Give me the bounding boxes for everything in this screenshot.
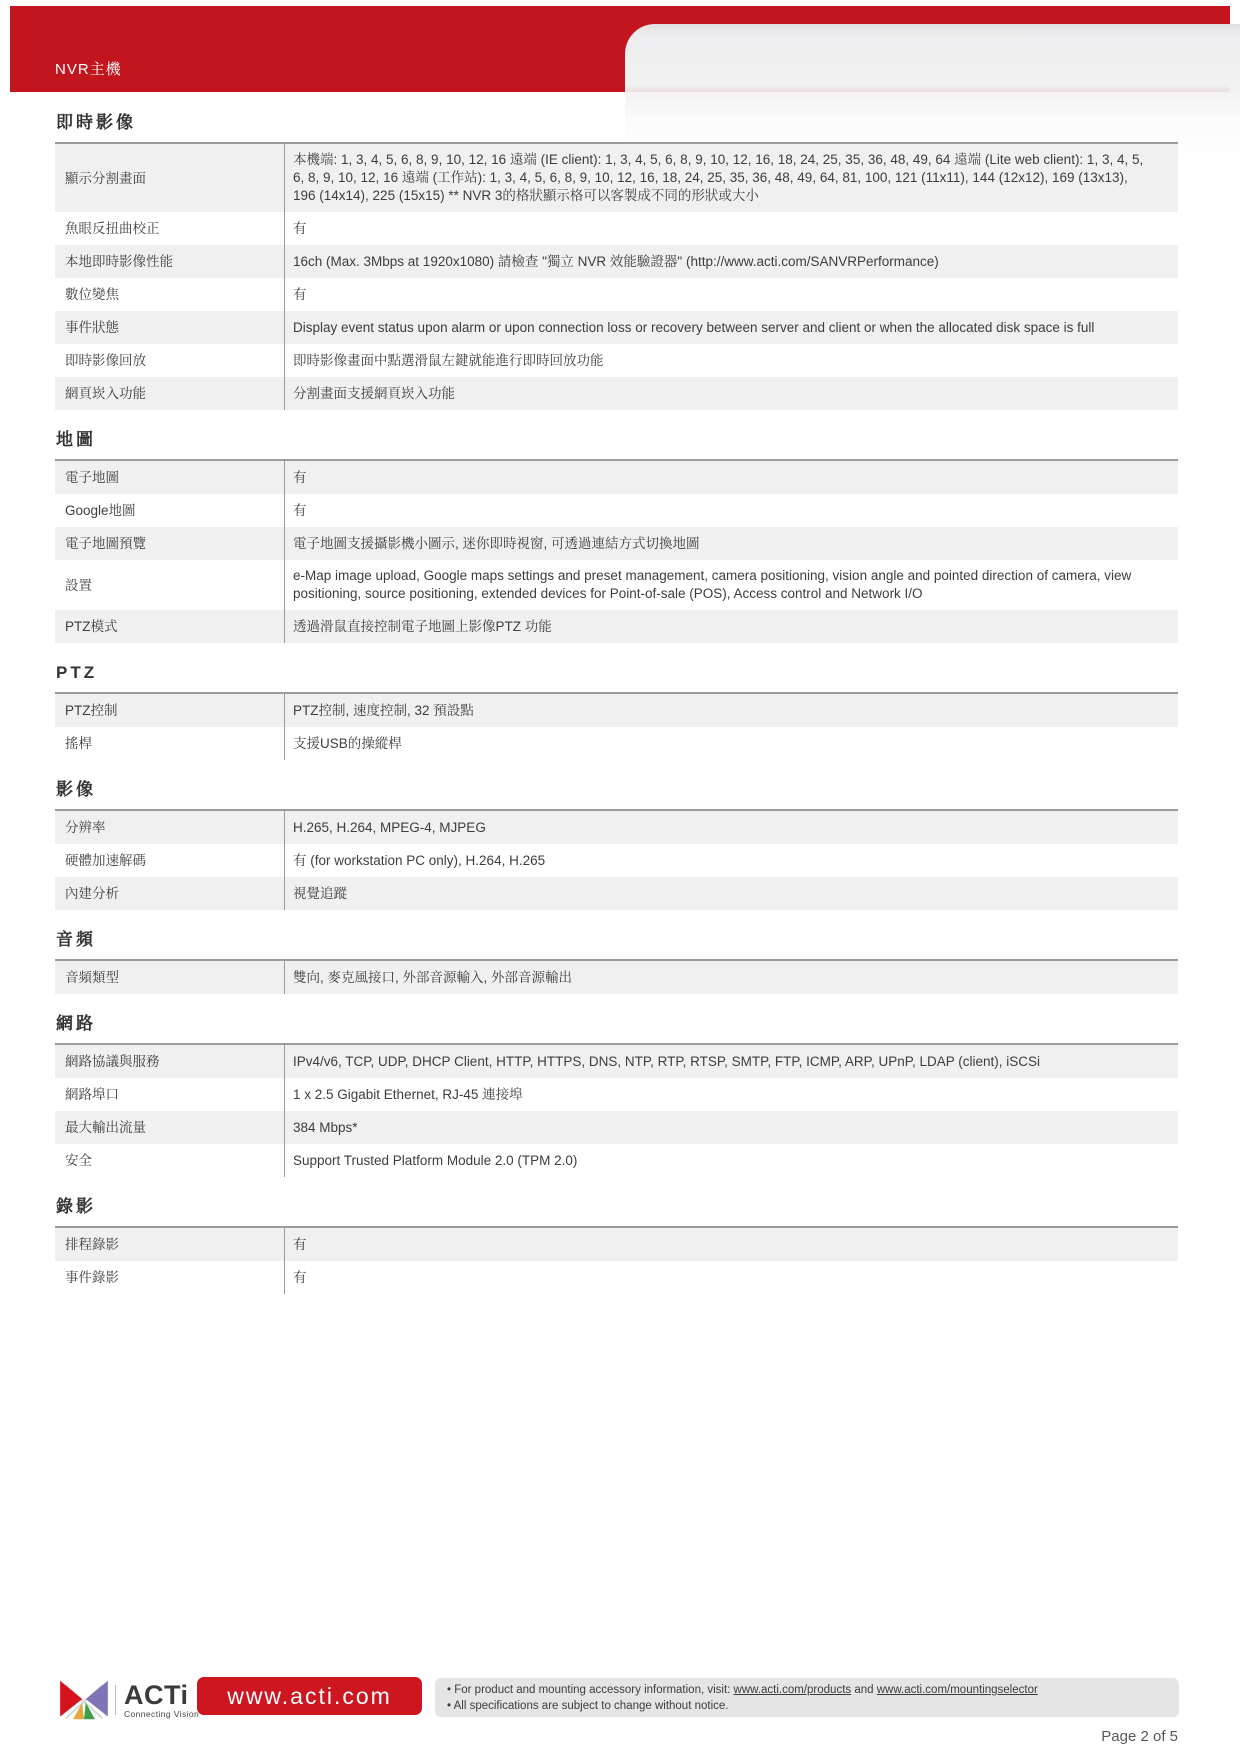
spec-value: 384 Mbps* — [284, 1111, 1178, 1144]
spec-label: PTZ模式 — [55, 610, 284, 643]
spec-value: 有 — [284, 278, 1178, 311]
spec-label: 事件狀態 — [55, 311, 284, 344]
spec-label: 事件錄影 — [55, 1261, 284, 1294]
spec-label: 最大輸出流量 — [55, 1111, 284, 1144]
footer-note-1: • For product and mounting accessory inf… — [447, 1682, 1167, 1698]
spec-label: 排程錄影 — [55, 1228, 284, 1261]
section-video: 影像 分辨率H.265, H.264, MPEG-4, MJPEG 硬體加速解碼… — [55, 779, 1178, 910]
spec-value: IPv4/v6, TCP, UDP, DHCP Client, HTTP, HT… — [284, 1045, 1178, 1078]
spec-label: 設置 — [55, 560, 284, 610]
table-row: 設置e-Map image upload, Google maps settin… — [55, 560, 1178, 610]
spec-label: 魚眼反扭曲校正 — [55, 212, 284, 245]
spec-value: 視覺追蹤 — [284, 877, 1178, 910]
table-row: 硬體加速解碼有 (for workstation PC only), H.264… — [55, 844, 1178, 877]
table-row: 事件狀態Display event status upon alarm or u… — [55, 311, 1178, 344]
spec-label: 搖桿 — [55, 727, 284, 760]
spec-label: 本地即時影像性能 — [55, 245, 284, 278]
table-row: 電子地圖有 — [55, 461, 1178, 494]
spec-table: 顯示分割畫面本機端: 1, 3, 4, 5, 6, 8, 9, 10, 12, … — [55, 142, 1178, 410]
section-live-view: 即時影像 顯示分割畫面本機端: 1, 3, 4, 5, 6, 8, 9, 10,… — [55, 112, 1178, 410]
spec-value: 雙向, 麥克風接口, 外部音源輸入, 外部音源輸出 — [284, 961, 1178, 994]
page-title: NVR主機 — [55, 58, 122, 79]
table-row: PTZ模式透過滑鼠直接控制電子地圖上影像PTZ 功能 — [55, 610, 1178, 643]
spec-label: 安全 — [55, 1144, 284, 1177]
footer-notes: • For product and mounting accessory inf… — [435, 1678, 1179, 1717]
section-recording: 錄影 排程錄影有 事件錄影有 — [55, 1196, 1178, 1294]
footer: ACTi Connecting Vision www.acti.com • Fo… — [55, 1672, 1178, 1754]
brand-block: ACTi Connecting Vision — [124, 1682, 199, 1719]
page-number: Page 2 of 5 — [1101, 1728, 1178, 1745]
spec-label: Google地圖 — [55, 494, 284, 527]
spec-value: 16ch (Max. 3Mbps at 1920x1080) 請檢查 "獨立 N… — [284, 245, 1178, 278]
spec-value: 本機端: 1, 3, 4, 5, 6, 8, 9, 10, 12, 16 遠端 … — [284, 144, 1178, 212]
spec-label: 內建分析 — [55, 877, 284, 910]
table-row: 排程錄影有 — [55, 1228, 1178, 1261]
spec-table: 排程錄影有 事件錄影有 — [55, 1226, 1178, 1294]
spec-label: 硬體加速解碼 — [55, 844, 284, 877]
table-row: 本地即時影像性能16ch (Max. 3Mbps at 1920x1080) 請… — [55, 245, 1178, 278]
mountingselector-link[interactable]: www.acti.com/mountingselector — [877, 1684, 1038, 1696]
spec-value: 1 x 2.5 Gigabit Ethernet, RJ-45 連接埠 — [284, 1078, 1178, 1111]
spec-value: H.265, H.264, MPEG-4, MJPEG — [284, 811, 1178, 844]
note-text: All specifications are subject to change… — [451, 1700, 728, 1712]
spec-value: 透過滑鼠直接控制電子地圖上影像PTZ 功能 — [284, 610, 1178, 643]
table-row: 內建分析視覺追蹤 — [55, 877, 1178, 910]
spec-value: 有 (for workstation PC only), H.264, H.26… — [284, 844, 1178, 877]
spec-value: Display event status upon alarm or upon … — [284, 311, 1178, 344]
spec-label: 音頻類型 — [55, 961, 284, 994]
spec-value: Support Trusted Platform Module 2.0 (TPM… — [284, 1144, 1178, 1177]
spec-label: 顯示分割畫面 — [55, 144, 284, 212]
table-row: 音頻類型雙向, 麥克風接口, 外部音源輸入, 外部音源輸出 — [55, 961, 1178, 994]
spec-table: PTZ控制PTZ控制, 速度控制, 32 預設點 搖桿支援USB的操縱桿 — [55, 692, 1178, 760]
brand-tagline: Connecting Vision — [124, 1709, 199, 1719]
spec-value: 有 — [284, 212, 1178, 245]
table-row: 網路協議與服務IPv4/v6, TCP, UDP, DHCP Client, H… — [55, 1045, 1178, 1078]
spec-value: 即時影像畫面中點選滑鼠左鍵就能進行即時回放功能 — [284, 344, 1178, 377]
table-row: 最大輸出流量384 Mbps* — [55, 1111, 1178, 1144]
spec-content: 即時影像 顯示分割畫面本機端: 1, 3, 4, 5, 6, 8, 9, 10,… — [55, 112, 1178, 1294]
products-link[interactable]: www.acti.com/products — [734, 1684, 852, 1696]
butterfly-logo-icon — [59, 1678, 109, 1722]
table-row: 分辨率H.265, H.264, MPEG-4, MJPEG — [55, 811, 1178, 844]
spec-table: 電子地圖有 Google地圖有 電子地圖預覽電子地圖支援攝影機小圖示, 迷你即時… — [55, 459, 1178, 643]
table-row: 顯示分割畫面本機端: 1, 3, 4, 5, 6, 8, 9, 10, 12, … — [55, 144, 1178, 212]
spec-value: 支援USB的操縱桿 — [284, 727, 1178, 760]
section-map: 地圖 電子地圖有 Google地圖有 電子地圖預覽電子地圖支援攝影機小圖示, 迷… — [55, 429, 1178, 643]
spec-table: 音頻類型雙向, 麥克風接口, 外部音源輸入, 外部音源輸出 — [55, 959, 1178, 994]
spec-value: 分割畫面支援網頁崁入功能 — [284, 377, 1178, 410]
acti-logo: ACTi Connecting Vision — [59, 1678, 199, 1722]
table-row: 事件錄影有 — [55, 1261, 1178, 1294]
section-title: 音頻 — [56, 929, 1178, 951]
note-text: and — [851, 1684, 877, 1696]
table-row: 網路埠口1 x 2.5 Gigabit Ethernet, RJ-45 連接埠 — [55, 1078, 1178, 1111]
spec-value: 電子地圖支援攝影機小圖示, 迷你即時視窗, 可透過連結方式切換地圖 — [284, 527, 1178, 560]
section-title: 影像 — [56, 779, 1178, 801]
spec-table: 分辨率H.265, H.264, MPEG-4, MJPEG 硬體加速解碼有 (… — [55, 809, 1178, 910]
table-row: 即時影像回放即時影像畫面中點選滑鼠左鍵就能進行即時回放功能 — [55, 344, 1178, 377]
note-text: For product and mounting accessory infor… — [451, 1684, 734, 1696]
spec-table: 網路協議與服務IPv4/v6, TCP, UDP, DHCP Client, H… — [55, 1043, 1178, 1177]
spec-label: 網頁崁入功能 — [55, 377, 284, 410]
spec-label: 數位變焦 — [55, 278, 284, 311]
spec-value: 有 — [284, 461, 1178, 494]
table-row: Google地圖有 — [55, 494, 1178, 527]
table-row: 數位變焦有 — [55, 278, 1178, 311]
logo-divider — [115, 1685, 116, 1715]
section-title: 地圖 — [56, 429, 1178, 451]
table-row: 魚眼反扭曲校正有 — [55, 212, 1178, 245]
spec-value: PTZ控制, 速度控制, 32 預設點 — [284, 694, 1178, 727]
section-audio: 音頻 音頻類型雙向, 麥克風接口, 外部音源輸入, 外部音源輸出 — [55, 929, 1178, 994]
spec-label: 網路埠口 — [55, 1078, 284, 1111]
brand-name: ACTi — [124, 1682, 199, 1708]
table-row: 搖桿支援USB的操縱桿 — [55, 727, 1178, 760]
spec-label: 分辨率 — [55, 811, 284, 844]
spec-label: 電子地圖 — [55, 461, 284, 494]
table-row: 網頁崁入功能分割畫面支援網頁崁入功能 — [55, 377, 1178, 410]
spec-value: e-Map image upload, Google maps settings… — [284, 560, 1178, 610]
section-title: 錄影 — [56, 1196, 1178, 1218]
footer-note-2: • All specifications are subject to chan… — [447, 1698, 1167, 1714]
section-network: 網路 網路協議與服務IPv4/v6, TCP, UDP, DHCP Client… — [55, 1013, 1178, 1177]
spec-value: 有 — [284, 494, 1178, 527]
section-title: 即時影像 — [56, 112, 1178, 134]
spec-label: 網路協議與服務 — [55, 1045, 284, 1078]
table-row: 安全Support Trusted Platform Module 2.0 (T… — [55, 1144, 1178, 1177]
section-title: PTZ — [56, 662, 1178, 684]
table-row: PTZ控制PTZ控制, 速度控制, 32 預設點 — [55, 694, 1178, 727]
spec-value: 有 — [284, 1261, 1178, 1294]
spec-label: 即時影像回放 — [55, 344, 284, 377]
spec-value: 有 — [284, 1228, 1178, 1261]
spec-label: 電子地圖預覽 — [55, 527, 284, 560]
section-ptz: PTZ PTZ控制PTZ控制, 速度控制, 32 預設點 搖桿支援USB的操縱桿 — [55, 662, 1178, 760]
section-title: 網路 — [56, 1013, 1178, 1035]
website-button[interactable]: www.acti.com — [197, 1677, 422, 1715]
table-row: 電子地圖預覽電子地圖支援攝影機小圖示, 迷你即時視窗, 可透過連結方式切換地圖 — [55, 527, 1178, 560]
spec-label: PTZ控制 — [55, 694, 284, 727]
